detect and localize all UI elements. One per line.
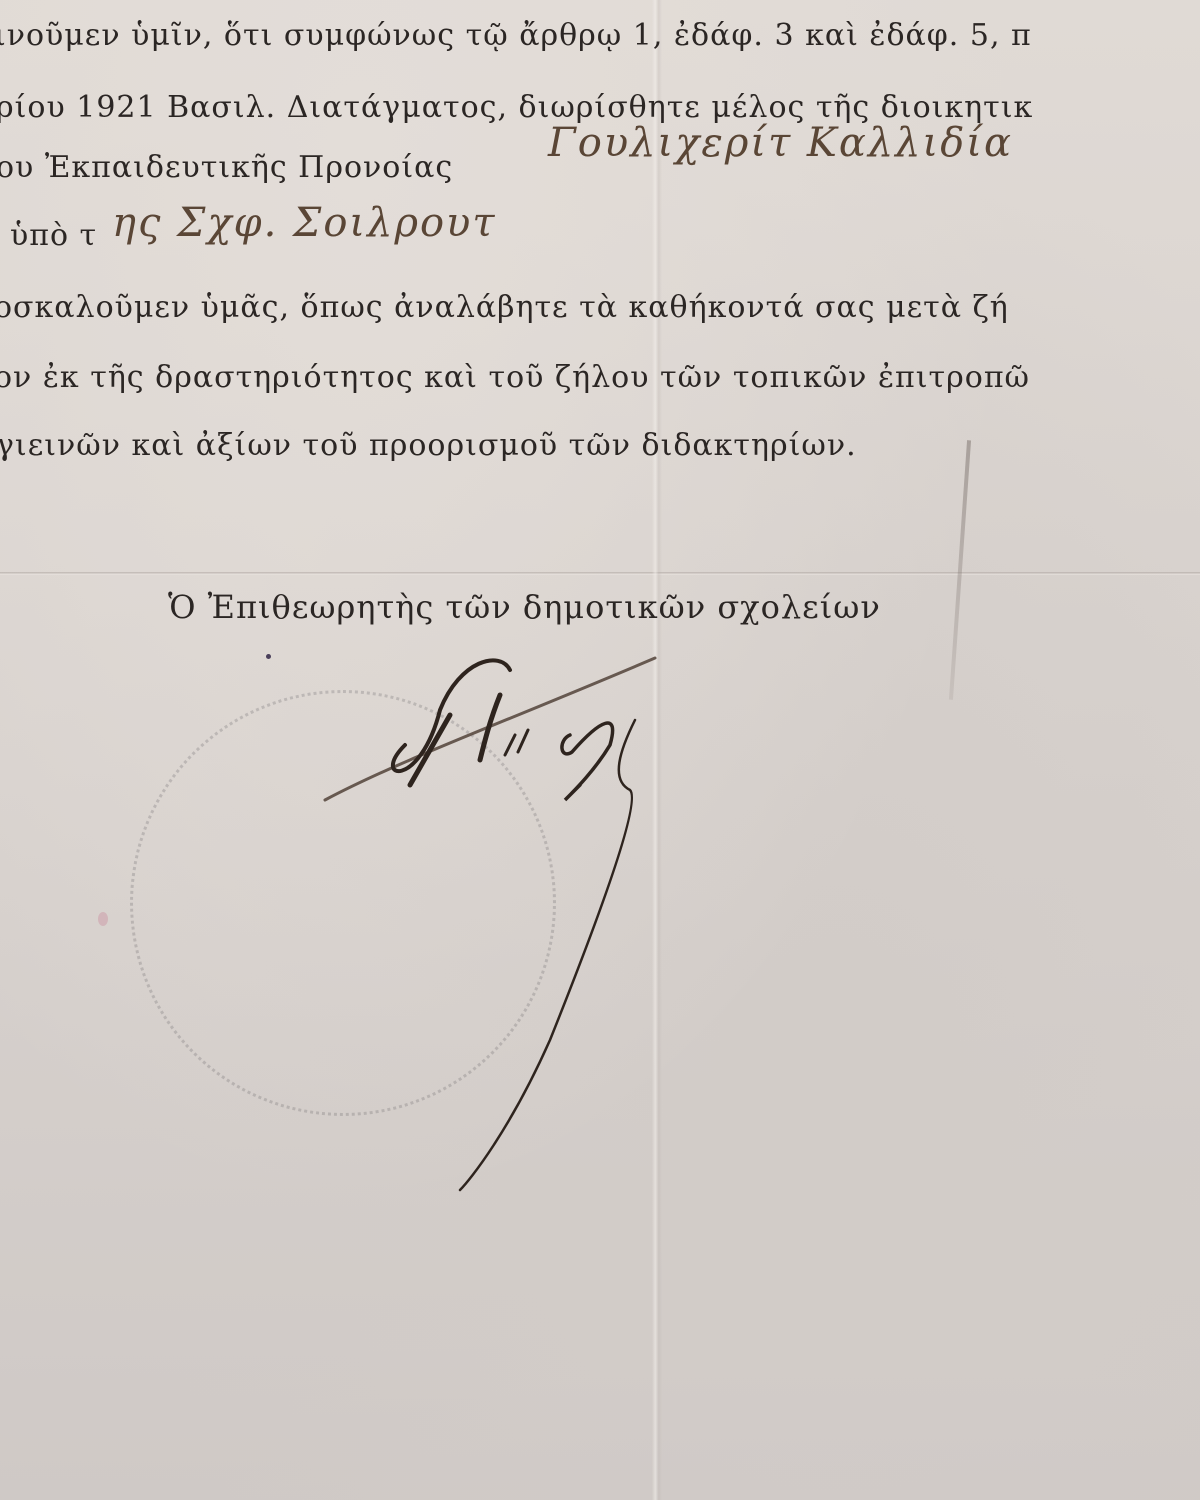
- paper-crease: [949, 440, 971, 700]
- handwritten-insertion-1: Γουλιχερίτ Καλλιδία: [548, 120, 1013, 166]
- handwritten-insertion-2: ης Σχφ. Σοιλρουτ: [112, 200, 496, 246]
- typed-line-7: γιεινῶν καὶ ἀξίων τοῦ προορισμοῦ τῶν διδ…: [0, 428, 857, 463]
- closing-title: Ὁ Ἐπιθεωρητὴς τῶν δημοτικῶν σχολείων: [168, 588, 881, 626]
- ink-dot: [266, 654, 271, 659]
- ink-stain: [98, 912, 108, 926]
- typed-line-6: ον ἐκ τῆς δραστηριότητος καὶ τοῦ ζήλου τ…: [0, 360, 1030, 395]
- signature-icon: [310, 640, 670, 1200]
- typed-line-1: ινοῦμεν ὑμῖν, ὅτι συμφώνως τῷ ἄρθρῳ 1, ἐ…: [0, 18, 1032, 53]
- typed-line-4: ὑπὸ τ: [10, 218, 97, 253]
- horizontal-fold-line: [0, 572, 1200, 575]
- typed-line-3: ου Ἐκπαιδευτικῆς Προνοίας: [0, 150, 453, 185]
- document-page: ινοῦμεν ὑμῖν, ὅτι συμφώνως τῷ ἄρθρῳ 1, ἐ…: [0, 0, 1200, 1500]
- typed-line-5: οσκαλοῦμεν ὑμᾶς, ὅπως ἀναλάβητε τὰ καθήκ…: [0, 290, 1009, 325]
